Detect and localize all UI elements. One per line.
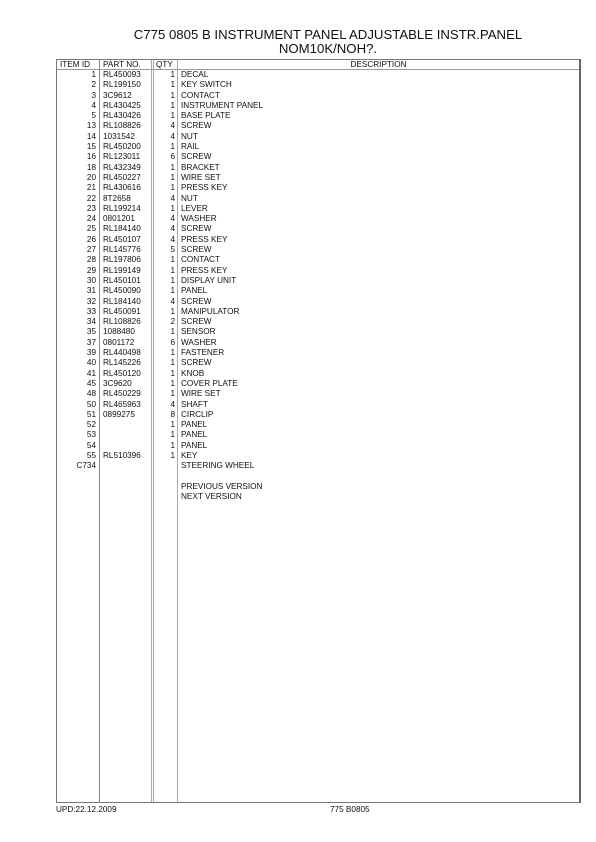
item-id-cell: 29: [57, 266, 96, 276]
item-id-cell: 1: [57, 70, 96, 80]
qty-cell: 1: [153, 441, 175, 451]
item-id-cell: 5: [57, 111, 96, 121]
header-qty: QTY: [156, 60, 173, 69]
item-id-cell: 31: [57, 286, 96, 296]
table-row[interactable]: NEXT VERSION: [57, 492, 579, 502]
part-no-cell: RL465963: [103, 400, 141, 410]
qty-cell: 4: [153, 194, 175, 204]
description-cell: DISPLAY UNIT: [181, 276, 236, 286]
item-id-cell: 48: [57, 389, 96, 399]
part-no-cell: 3C9612: [103, 91, 132, 101]
qty-cell: 4: [153, 400, 175, 410]
description-cell: INSTRUMENT PANEL: [181, 101, 263, 111]
item-id-cell: 52: [57, 420, 96, 430]
qty-cell: 1: [153, 183, 175, 193]
qty-cell: 6: [153, 338, 175, 348]
page-code: 775 B0805: [330, 805, 370, 815]
qty-cell: 1: [153, 173, 175, 183]
table-row: 30RL4501011DISPLAY UNIT: [57, 276, 579, 286]
qty-cell: 1: [153, 101, 175, 111]
table-row: 521PANEL: [57, 420, 579, 430]
table-row: 1RL4500931DECAL: [57, 70, 579, 80]
part-no-cell: 3C9620: [103, 379, 132, 389]
table-row: 531PANEL: [57, 430, 579, 440]
item-id-cell: 30: [57, 276, 96, 286]
description-cell: SCREW: [181, 358, 211, 368]
description-cell: CONTACT: [181, 255, 220, 265]
part-no-cell: RL450093: [103, 70, 141, 80]
table-row: 541PANEL: [57, 441, 579, 451]
part-no-cell: RL197806: [103, 255, 141, 265]
table-row: 34RL1088262SCREW: [57, 317, 579, 327]
item-id-cell: 32: [57, 297, 96, 307]
table-row: 48RL4502291WIRE SET: [57, 389, 579, 399]
part-no-cell: RL510396: [103, 451, 141, 461]
table-row: 31RL4500901PANEL: [57, 286, 579, 296]
table-row: 40RL1452261SCREW: [57, 358, 579, 368]
table-row: C734STEERING WHEEL: [57, 461, 579, 471]
table-row: 15RL4502001RAIL: [57, 142, 579, 152]
item-id-cell: 45: [57, 379, 96, 389]
description-cell: WASHER: [181, 338, 217, 348]
document-title: C775 0805 B INSTRUMENT PANEL ADJUSTABLE …: [0, 28, 596, 56]
description-cell: PANEL: [181, 441, 207, 451]
qty-cell: 1: [153, 379, 175, 389]
qty-cell: 1: [153, 142, 175, 152]
part-no-cell: RL108826: [103, 317, 141, 327]
table-row: 25RL1841404SCREW: [57, 224, 579, 234]
part-no-cell: 1031542: [103, 132, 135, 142]
table-row: 27RL1457765SCREW: [57, 245, 579, 255]
part-no-cell: RL450091: [103, 307, 141, 317]
item-id-cell: 34: [57, 317, 96, 327]
description-cell: WASHER: [181, 214, 217, 224]
part-no-cell: RL184140: [103, 297, 141, 307]
part-no-cell: RL440498: [103, 348, 141, 358]
table-row: 41RL4501201KNOB: [57, 369, 579, 379]
item-id-cell: 23: [57, 204, 96, 214]
item-id-cell: 51: [57, 410, 96, 420]
part-no-cell: RL199150: [103, 80, 141, 90]
update-date: UPD:22.12.2009: [56, 805, 117, 815]
description-cell: SCREW: [181, 245, 211, 255]
qty-cell: 2: [153, 317, 175, 327]
previous-version-link[interactable]: PREVIOUS VERSION: [181, 482, 262, 492]
item-id-cell: 28: [57, 255, 96, 265]
table-header: ITEM ID PART NO. QTY DESCRIPTION: [57, 60, 579, 70]
table-row: 1410315424NUT: [57, 132, 579, 142]
part-no-cell: RL199214: [103, 204, 141, 214]
qty-cell: 1: [153, 430, 175, 440]
part-no-cell: RL450107: [103, 235, 141, 245]
description-cell: SCREW: [181, 152, 211, 162]
item-id-cell: 26: [57, 235, 96, 245]
qty-cell: 6: [153, 152, 175, 162]
part-no-cell: 0801201: [103, 214, 135, 224]
part-no-cell: RL450120: [103, 369, 141, 379]
part-no-cell: RL184140: [103, 224, 141, 234]
item-id-cell: 50: [57, 400, 96, 410]
part-no-cell: RL450227: [103, 173, 141, 183]
item-id-cell: 4: [57, 101, 96, 111]
description-cell: NUT: [181, 132, 198, 142]
description-cell: STEERING WHEEL: [181, 461, 254, 471]
item-id-cell: 22: [57, 194, 96, 204]
item-id-cell: 54: [57, 441, 96, 451]
qty-cell: 4: [153, 297, 175, 307]
item-id-cell: 14: [57, 132, 96, 142]
table-row: 13RL1088264SCREW: [57, 121, 579, 131]
qty-cell: 1: [153, 358, 175, 368]
qty-cell: 4: [153, 214, 175, 224]
description-cell: PRESS KEY: [181, 235, 227, 245]
header-part-no: PART NO.: [103, 60, 141, 69]
description-cell: WIRE SET: [181, 173, 221, 183]
description-cell: LEVER: [181, 204, 208, 214]
part-no-cell: RL450200: [103, 142, 141, 152]
description-cell: KEY SWITCH: [181, 80, 232, 90]
description-cell: SCREW: [181, 224, 211, 234]
table-row: 26RL4501074PRESS KEY: [57, 235, 579, 245]
title-line-1: C775 0805 B INSTRUMENT PANEL ADJUSTABLE …: [60, 28, 596, 42]
part-no-cell: RL450229: [103, 389, 141, 399]
part-no-cell: RL450101: [103, 276, 141, 286]
qty-cell: 1: [153, 369, 175, 379]
table-row: 3510884801SENSOR: [57, 327, 579, 337]
part-no-cell: RL430616: [103, 183, 141, 193]
part-no-cell: RL450090: [103, 286, 141, 296]
description-cell: PANEL: [181, 286, 207, 296]
title-line-2: NOM10K/NOH?.: [60, 42, 596, 56]
table-row: 32RL1841404SCREW: [57, 297, 579, 307]
part-no-cell: RL123011: [103, 152, 140, 162]
qty-cell: 5: [153, 245, 175, 255]
qty-cell: 8: [153, 410, 175, 420]
qty-cell: 1: [153, 204, 175, 214]
item-id-cell: 2: [57, 80, 96, 90]
qty-cell: 1: [153, 255, 175, 265]
qty-cell: 1: [153, 276, 175, 286]
table-row: 18RL4323491BRACKET: [57, 163, 579, 173]
qty-cell: 1: [153, 70, 175, 80]
next-version-link[interactable]: NEXT VERSION: [181, 492, 242, 502]
table-row: 28RL1978061CONTACT: [57, 255, 579, 265]
description-cell: MANIPULATOR: [181, 307, 239, 317]
table-row: 33C96121CONTACT: [57, 91, 579, 101]
qty-cell: 4: [153, 235, 175, 245]
qty-cell: 1: [153, 266, 175, 276]
description-cell: SHAFT: [181, 400, 208, 410]
table-row: 39RL4404981FASTENER: [57, 348, 579, 358]
item-id-cell: 21: [57, 183, 96, 193]
qty-cell: 1: [153, 348, 175, 358]
part-no-cell: RL199149: [103, 266, 141, 276]
qty-cell: 1: [153, 451, 175, 461]
table-row: 228T26584NUT: [57, 194, 579, 204]
item-id-cell: 13: [57, 121, 96, 131]
table-row: 23RL1992141LEVER: [57, 204, 579, 214]
part-no-cell: RL430425: [103, 101, 141, 111]
table-row: 5108992758CIRCLIP: [57, 410, 579, 420]
description-cell: PRESS KEY: [181, 266, 227, 276]
qty-cell: 1: [153, 286, 175, 296]
description-cell: BASE PLATE: [181, 111, 230, 121]
part-no-cell: 0899275: [103, 410, 135, 420]
item-id-cell: 27: [57, 245, 96, 255]
item-id-cell: 37: [57, 338, 96, 348]
part-no-cell: 0801172: [103, 338, 134, 348]
qty-cell: 4: [153, 121, 175, 131]
table-body: 1RL4500931DECAL2RL1991501KEY SWITCH33C96…: [57, 70, 579, 502]
description-cell: PRESS KEY: [181, 183, 227, 193]
qty-cell: 1: [153, 80, 175, 90]
table-row: 55RL5103961KEY: [57, 451, 579, 461]
description-cell: WIRE SET: [181, 389, 221, 399]
item-id-cell: 25: [57, 224, 96, 234]
part-no-cell: 1088480: [103, 327, 135, 337]
item-id-cell: 24: [57, 214, 96, 224]
part-no-cell: RL145776: [103, 245, 141, 255]
table-row: 5RL4304261BASE PLATE: [57, 111, 579, 121]
qty-cell: 1: [153, 420, 175, 430]
item-id-cell: 35: [57, 327, 96, 337]
description-cell: SCREW: [181, 297, 211, 307]
item-id-cell: 3: [57, 91, 96, 101]
table-row: 20RL4502271WIRE SET: [57, 173, 579, 183]
table-row: 2RL1991501KEY SWITCH: [57, 80, 579, 90]
qty-cell: 1: [153, 163, 175, 173]
item-id-cell: 55: [57, 451, 96, 461]
header-description: DESCRIPTION: [178, 60, 579, 69]
description-cell: PANEL: [181, 420, 207, 430]
item-id-cell: 40: [57, 358, 96, 368]
table-row: 21RL4306161PRESS KEY: [57, 183, 579, 193]
table-row: 29RL1991491PRESS KEY: [57, 266, 579, 276]
table-row: 50RL4659634SHAFT: [57, 400, 579, 410]
part-no-cell: RL430426: [103, 111, 141, 121]
table-row: 33RL4500911MANIPULATOR: [57, 307, 579, 317]
parts-table: ITEM ID PART NO. QTY DESCRIPTION 1RL4500…: [56, 59, 581, 803]
description-cell: FASTENER: [181, 348, 224, 358]
description-cell: SCREW: [181, 317, 211, 327]
description-cell: DECAL: [181, 70, 208, 80]
table-row: 4RL4304251INSTRUMENT PANEL: [57, 101, 579, 111]
qty-cell: 4: [153, 224, 175, 234]
table-row: 453C96201COVER PLATE: [57, 379, 579, 389]
table-row: 16RL1230116SCREW: [57, 152, 579, 162]
part-no-cell: RL432349: [103, 163, 141, 173]
description-cell: BRACKET: [181, 163, 220, 173]
table-row: 3708011726WASHER: [57, 338, 579, 348]
item-id-cell: 53: [57, 430, 96, 440]
item-id-cell: 39: [57, 348, 96, 358]
description-cell: PANEL: [181, 430, 207, 440]
qty-cell: 1: [153, 91, 175, 101]
part-no-cell: 8T2658: [103, 194, 131, 204]
description-cell: CONTACT: [181, 91, 220, 101]
item-id-cell: 41: [57, 369, 96, 379]
item-id-cell: C734: [57, 461, 96, 471]
table-row: [57, 472, 579, 482]
item-id-cell: 16: [57, 152, 96, 162]
description-cell: COVER PLATE: [181, 379, 238, 389]
table-row: 2408012014WASHER: [57, 214, 579, 224]
qty-cell: 4: [153, 132, 175, 142]
qty-cell: 1: [153, 111, 175, 121]
description-cell: SCREW: [181, 121, 211, 131]
header-item-id: ITEM ID: [60, 60, 90, 69]
description-cell: CIRCLIP: [181, 410, 213, 420]
item-id-cell: 18: [57, 163, 96, 173]
item-id-cell: 20: [57, 173, 96, 183]
item-id-cell: 15: [57, 142, 96, 152]
description-cell: KEY: [181, 451, 197, 461]
part-no-cell: RL108826: [103, 121, 141, 131]
item-id-cell: 33: [57, 307, 96, 317]
description-cell: RAIL: [181, 142, 199, 152]
description-cell: NUT: [181, 194, 198, 204]
qty-cell: 1: [153, 327, 175, 337]
description-cell: SENSOR: [181, 327, 216, 337]
table-row[interactable]: PREVIOUS VERSION: [57, 482, 579, 492]
qty-cell: 1: [153, 389, 175, 399]
part-no-cell: RL145226: [103, 358, 141, 368]
qty-cell: 1: [153, 307, 175, 317]
description-cell: KNOB: [181, 369, 204, 379]
